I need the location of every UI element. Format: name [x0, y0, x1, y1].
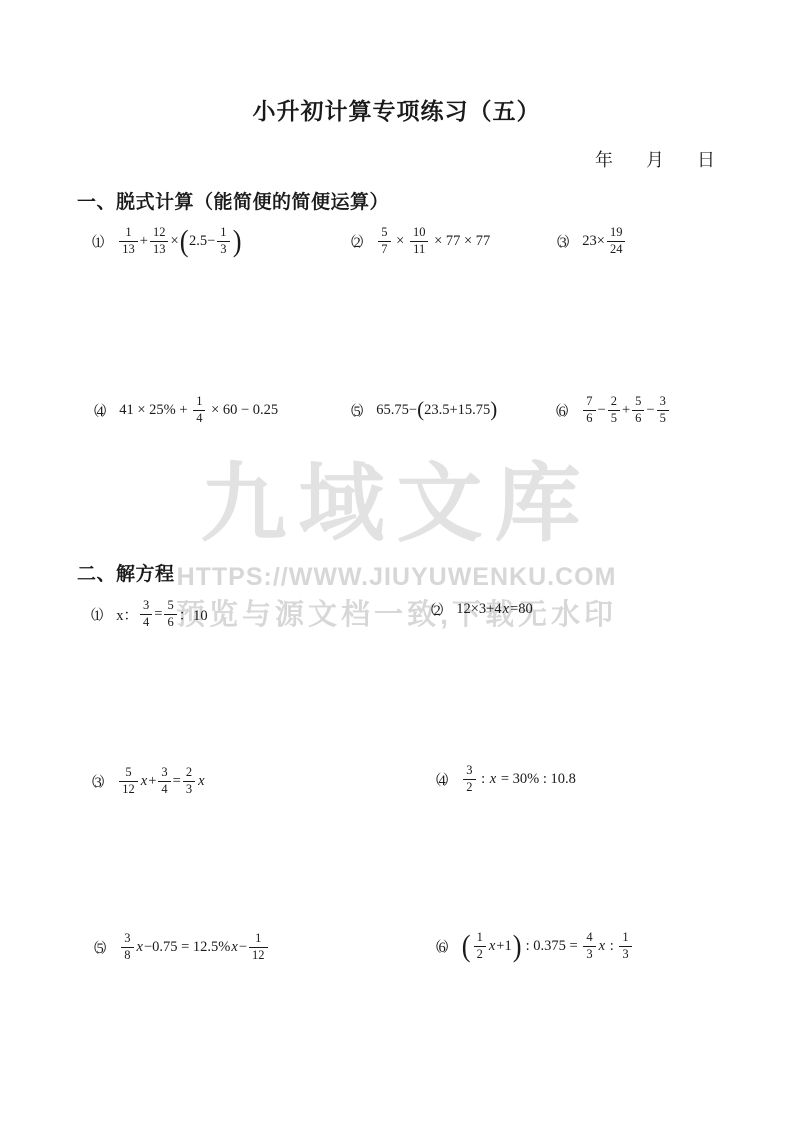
problem-s2-2-label: （2） — [422, 599, 449, 620]
problem-s2-1: （1） x：34=56：10 — [82, 593, 208, 635]
problem-s1-3: （3） 23×1924 — [548, 220, 627, 262]
problem-s1-2-label: （2） — [342, 231, 369, 252]
problem-s1-6: （6） 76−25+56−35 — [547, 389, 671, 431]
problem-s2-6-expression: (12x+1) : 0.375 = 43x : 13 — [461, 931, 633, 960]
problem-s2-3-label: （3） — [83, 771, 110, 792]
date-line: 年 月 日 — [595, 146, 715, 172]
problem-s2-6: （6） (12x+1) : 0.375 = 43x : 13 — [427, 925, 634, 967]
date-year-label: 年 — [595, 146, 613, 172]
problem-s1-3-label: （3） — [548, 231, 575, 252]
problem-s1-5: （5） 65.75−(23.5+15.75) — [342, 389, 497, 431]
problem-s1-4: （4） 41 × 25% + 14 × 60 − 0.25 — [85, 389, 278, 431]
worksheet-page: 九域文库 HTTPS://WWW.JIUYUWENKU.COM 预览与源文档一致… — [0, 0, 793, 1122]
problem-s2-5-expression: 38x−0.75 = 12.5%x−112 — [119, 932, 269, 961]
problem-s2-6-label: （6） — [427, 936, 454, 957]
problem-s1-1-expression: 113+1213×(2.5−13) — [117, 226, 242, 255]
problem-s1-2: （2） 57 × 1011 × 77 × 77 — [342, 220, 490, 262]
date-month-label: 月 — [646, 146, 664, 172]
problem-s1-4-label: （4） — [85, 400, 112, 421]
problem-s2-5-label: （5） — [85, 937, 112, 958]
problem-s2-1-expression: x：34=56：10 — [116, 599, 207, 628]
problem-s2-3: （3） 512x+34=23x — [83, 760, 206, 802]
problem-s1-5-label: （5） — [342, 400, 369, 421]
problem-s1-1-label: （1） — [83, 231, 110, 252]
problem-s1-1: （1） 113+1213×(2.5−13) — [83, 220, 242, 262]
problem-s1-5-expression: 65.75−(23.5+15.75) — [376, 401, 497, 419]
problem-s2-2: （2） 12×3+4x=80 — [422, 588, 533, 630]
problem-s1-6-expression: 76−25+56−35 — [581, 395, 671, 424]
problem-s2-4: （4） 32 : x = 30% : 10.8 — [427, 758, 576, 800]
page-title: 小升初计算专项练习（五） — [0, 93, 793, 126]
problem-s1-3-expression: 23×1924 — [582, 226, 627, 255]
problem-s1-4-expression: 41 × 25% + 14 × 60 − 0.25 — [119, 395, 278, 424]
worksheet-content: 小升初计算专项练习（五） 年 月 日 一、脱式计算（能简便的简便运算） （1） … — [0, 0, 793, 1122]
problem-s2-5: （5） 38x−0.75 = 12.5%x−112 — [85, 926, 270, 968]
problem-s2-1-label: （1） — [82, 604, 109, 625]
problem-s2-4-expression: 32 : x = 30% : 10.8 — [461, 764, 576, 793]
section2-heading: 二、解方程 — [77, 559, 175, 586]
section1-heading: 一、脱式计算（能简便的简便运算） — [77, 187, 389, 214]
problem-s1-2-expression: 57 × 1011 × 77 × 77 — [376, 226, 490, 255]
problem-s2-4-label: （4） — [427, 769, 454, 790]
problem-s2-3-expression: 512x+34=23x — [117, 766, 205, 795]
problem-s2-2-expression: 12×3+4x=80 — [456, 601, 532, 618]
date-day-label: 日 — [697, 146, 715, 172]
problem-s1-6-label: （6） — [547, 400, 574, 421]
